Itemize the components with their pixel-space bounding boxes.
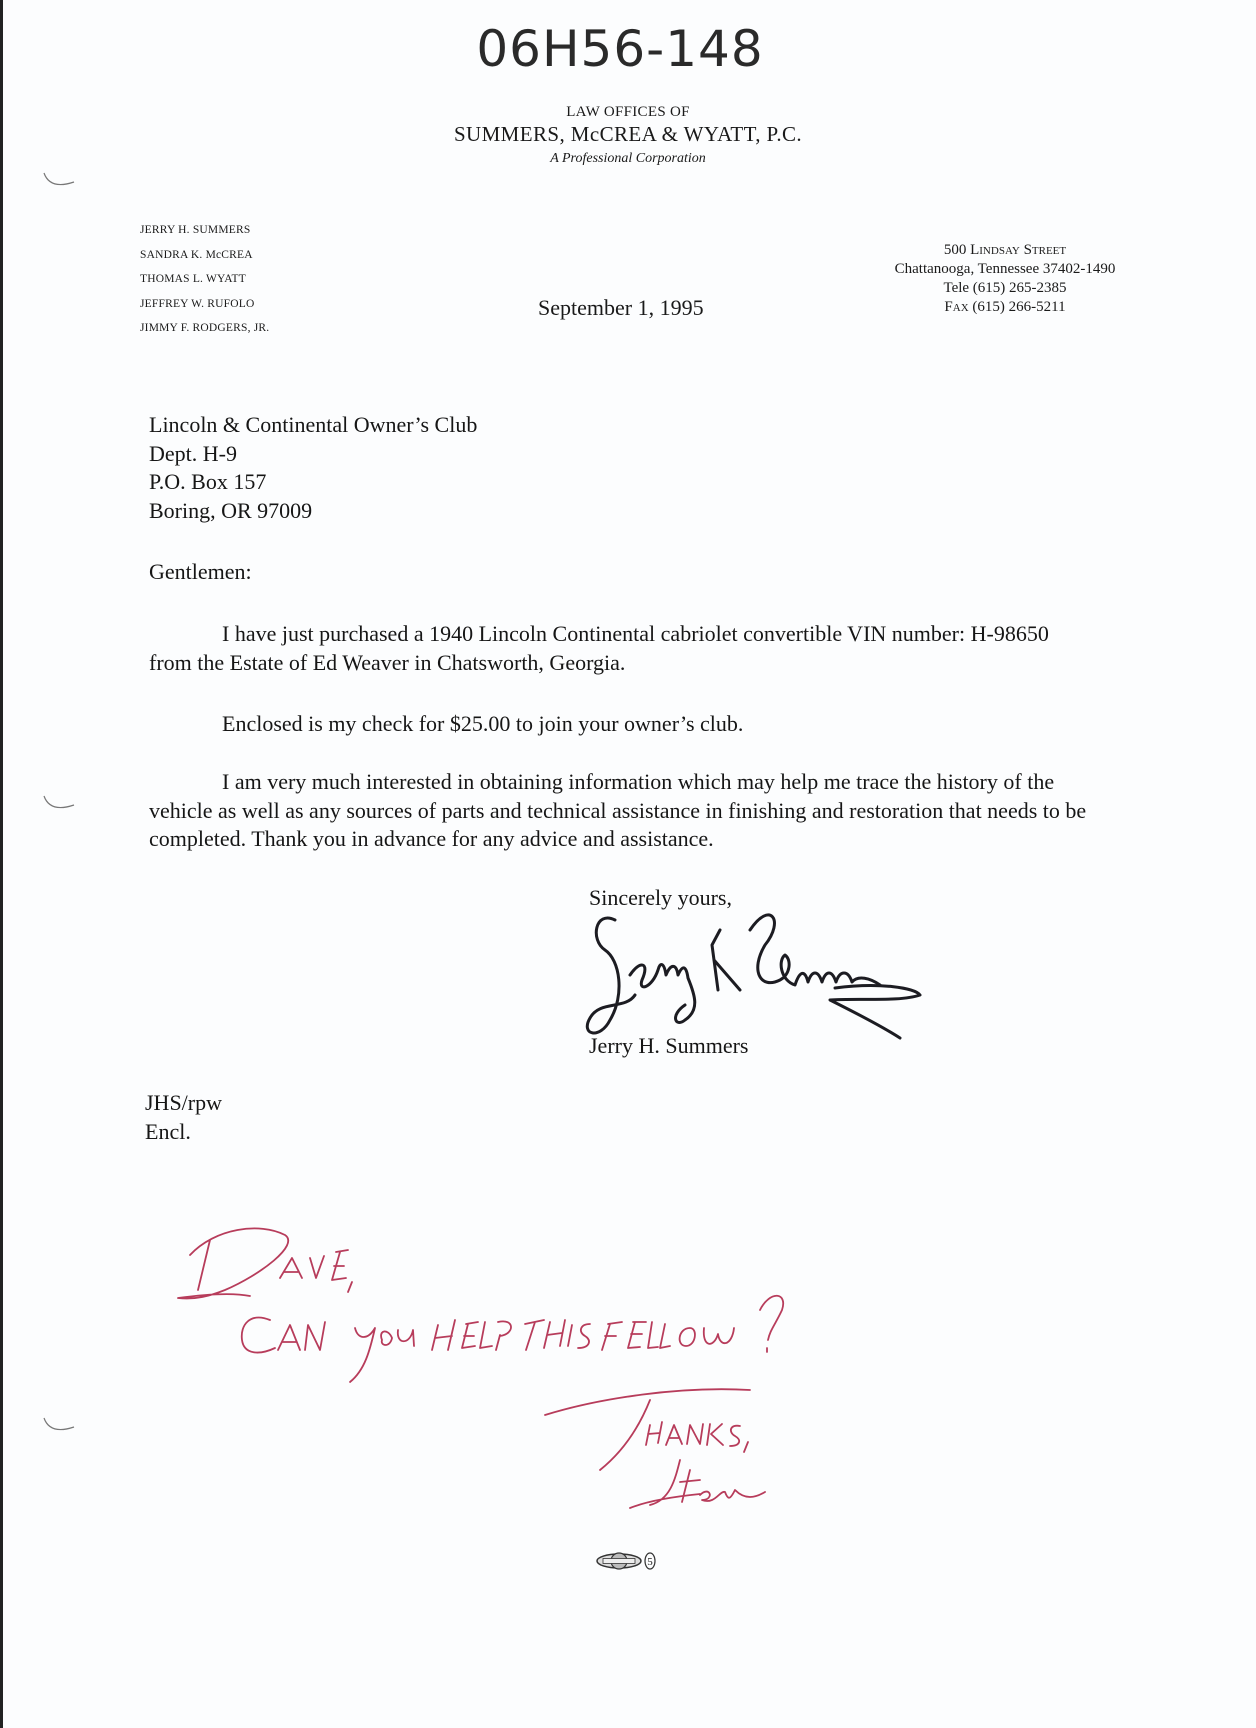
partner-name: SANDRA K. McCREA (140, 243, 269, 268)
partner-name: JERRY H. SUMMERS (140, 218, 269, 243)
recipient-line: Boring, OR 97009 (149, 497, 477, 526)
partner-name: JIMMY F. RODGERS, JR. (140, 316, 269, 341)
recipient-line: P.O. Box 157 (149, 468, 477, 497)
body-paragraph: I am very much interested in obtaining i… (149, 768, 1094, 854)
salutation: Gentlemen: (149, 558, 252, 587)
handwritten-note (170, 1200, 890, 1530)
firm-address: 500 Lindsay Street Chattanooga, Tennesse… (800, 241, 1210, 317)
recipient-line: Lincoln & Continental Owner’s Club (149, 411, 477, 440)
partner-name: JEFFREY W. RUFOLO (140, 292, 269, 317)
punch-hole-mark-middle (38, 793, 78, 815)
letter-date: September 1, 1995 (538, 295, 704, 321)
signature-image (580, 900, 980, 1050)
reference-initials: JHS/rpw Encl. (145, 1089, 222, 1146)
handwritten-reference-number: 06H56-148 (0, 20, 1248, 78)
typist-initials: JHS/rpw (145, 1089, 222, 1118)
letterhead-law-offices: LAW OFFICES OF (0, 104, 1256, 121)
letterhead-tagline: A Professional Corporation (0, 151, 1256, 167)
signer-name: Jerry H. Summers (589, 1032, 748, 1061)
punch-hole-mark-bottom (38, 1415, 78, 1437)
body-paragraph: I have just purchased a 1940 Lincoln Con… (149, 620, 1094, 677)
address-fax: Fax (615) 266-5211 (800, 298, 1210, 317)
address-tele: Tele (615) 265-2385 (800, 279, 1210, 298)
punch-hole-mark-top (38, 170, 78, 192)
address-city: Chattanooga, Tennessee 37402-1490 (800, 260, 1210, 279)
recipient-line: Dept. H-9 (149, 440, 477, 469)
scan-edge (0, 0, 3, 1728)
letterhead-firm-name: SUMMERS, McCREA & WYATT, P.C. (0, 122, 1256, 147)
partner-list: JERRY H. SUMMERS SANDRA K. McCREA THOMAS… (140, 218, 269, 341)
enclosure-notation: Encl. (145, 1118, 222, 1147)
address-street: 500 Lindsay Street (800, 241, 1210, 260)
partner-name: THOMAS L. WYATT (140, 267, 269, 292)
recipient-address: Lincoln & Continental Owner’s Club Dept.… (149, 411, 477, 525)
union-label-number: 5 (647, 1556, 653, 1568)
union-label-icon: 5 (595, 1550, 665, 1572)
body-paragraph: Enclosed is my check for $25.00 to join … (149, 710, 1094, 739)
